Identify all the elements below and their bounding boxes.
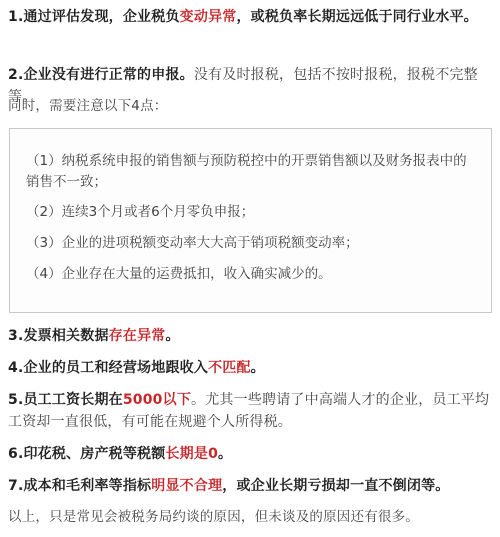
point-1-lead: 1.通过评估发现，企业税负: [8, 9, 180, 25]
point-7-highlight: 明显不合理: [151, 478, 222, 494]
point-6-highlight: 长期是0: [165, 446, 218, 462]
box-item-1: （1）纳税系统申报的销售额与预防税控中的开票销售额以及财务报表中的销售不一致；: [26, 151, 479, 193]
point-7: 7.成本和毛利率等指标明显不合理，或企业长期亏损却一直不倒闭等。: [8, 475, 492, 497]
point-4-highlight: 不匹配: [208, 360, 251, 376]
point-5-highlight: 5000以下: [123, 392, 191, 408]
conclusion-paragraph: 以上，只是常见会被税务局约谈的原因，但未谈及的原因还有很多。: [8, 506, 492, 528]
point-2-lead: 2.企业没有进行正常的申报。: [8, 67, 194, 83]
point-6-lead: 6.印花税、房产税等税额: [8, 446, 165, 462]
note-paragraph: 同时，需要注意以下4点：: [8, 95, 492, 117]
point-5-lead: 5.员工工资长期在: [8, 392, 123, 408]
box-item-2: （2）连续3个月或者6个月零负申报；: [26, 202, 479, 223]
point-1-highlight: 变动异常: [180, 9, 237, 25]
point-3-tail: 。: [165, 328, 179, 344]
point-4: 4.企业的员工和经营场地跟收入不匹配。: [8, 357, 492, 379]
point-4-lead: 4.企业的员工和经营场地跟收入: [8, 360, 208, 376]
point-3-lead: 3.发票相关数据: [8, 328, 109, 344]
point-6-tail: 。: [218, 446, 232, 462]
point-4-tail: 。: [251, 360, 265, 376]
box-item-4: （4）企业存在大量的运费抵扣，收入确实减少的。: [26, 264, 479, 285]
box-item-3: （3）企业的进项税额变动率大大高于销项税额变动率；: [26, 233, 479, 254]
point-5: 5.员工工资长期在5000以下。尤其一些聘请了中高端人才的企业，员工平均工资却一…: [8, 389, 492, 433]
point-3-highlight: 存在异常: [109, 328, 166, 344]
point-1-tail: ，或税负率长期远远低于同行业水平。: [236, 9, 477, 25]
point-1: 1.通过评估发现，企业税负变动异常，或税负率长期远远低于同行业水平。: [8, 6, 492, 28]
points-box: （1）纳税系统申报的销售额与预防税控中的开票销售额以及财务报表中的销售不一致； …: [9, 128, 492, 313]
point-7-lead: 7.成本和毛利率等指标: [8, 478, 151, 494]
point-6: 6.印花税、房产税等税额长期是0。: [8, 443, 492, 465]
point-3: 3.发票相关数据存在异常。: [8, 325, 492, 347]
point-7-tail: ，或企业长期亏损却一直不倒闭等。: [222, 478, 449, 494]
